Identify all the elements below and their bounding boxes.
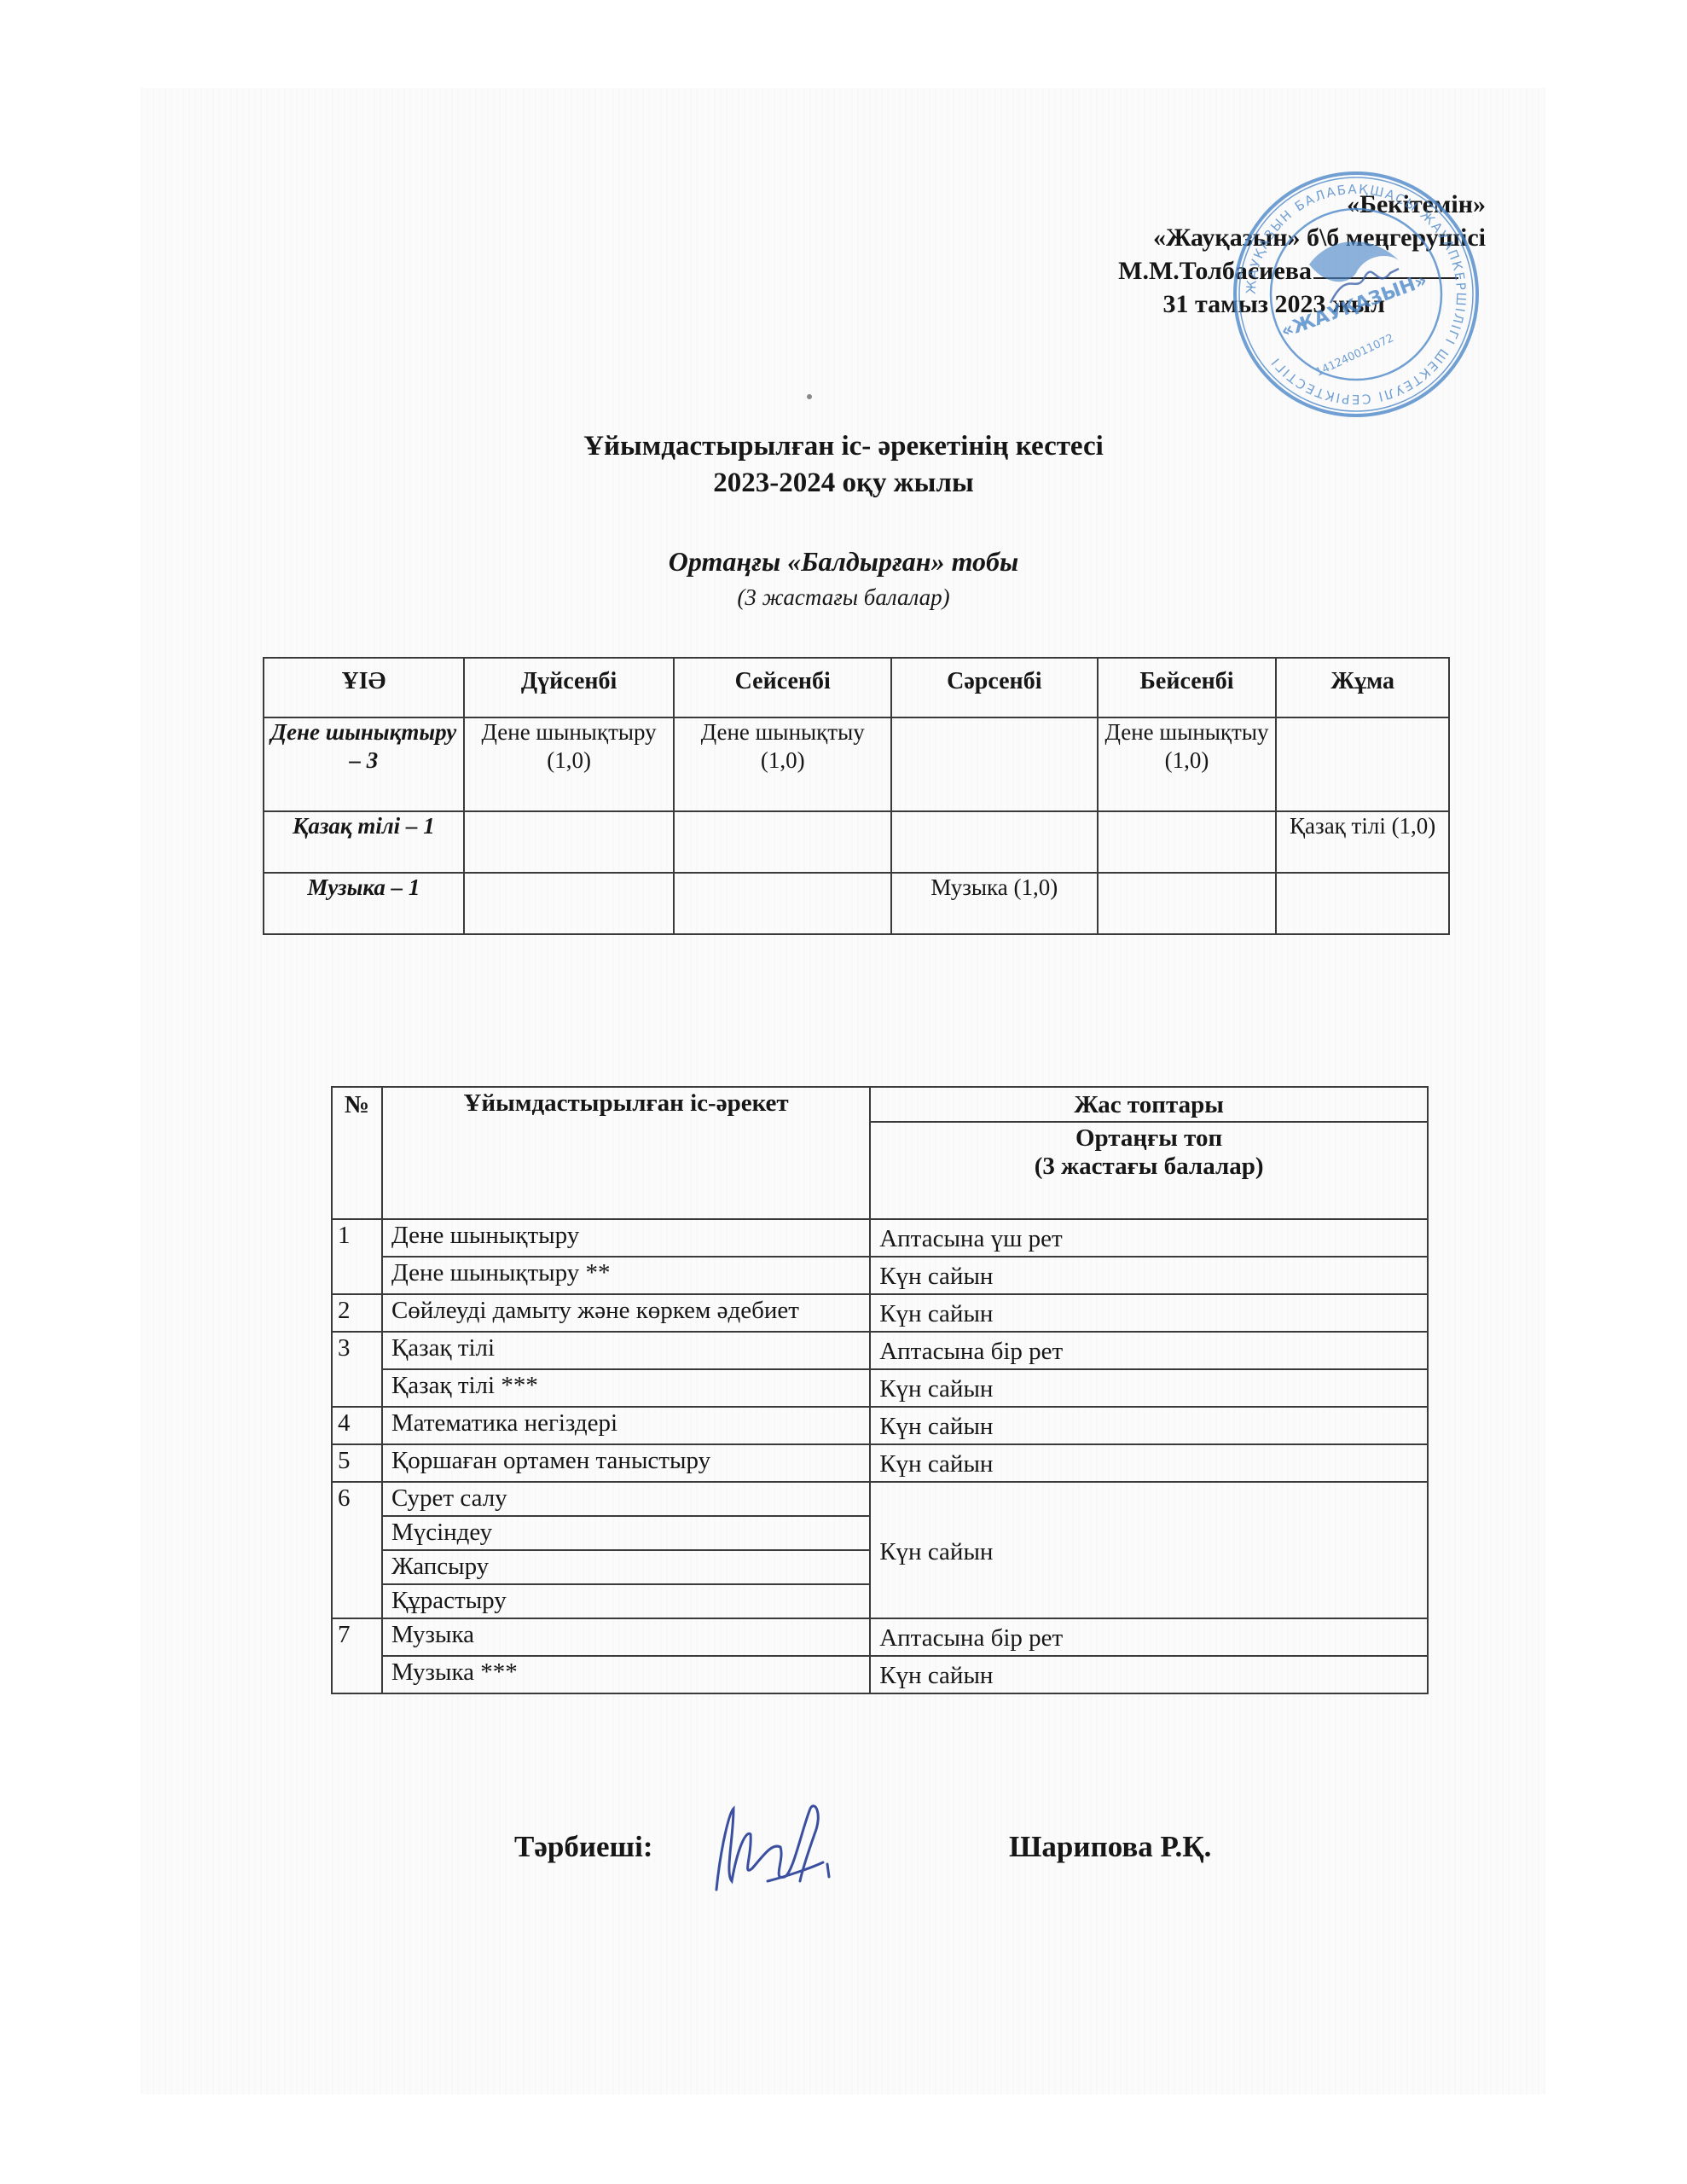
cell-thursday: Дене шынықтыу (1,0) (1098, 717, 1277, 811)
cell-monday: Дене шынықтыру (1,0) (464, 717, 675, 811)
approval-heading: «Бекітемін» (1118, 188, 1486, 221)
activity-frequency: Күн сайын (870, 1294, 1428, 1332)
table-row: Дене шынықтыру – 3 Дене шынықтыру (1,0) … (264, 717, 1449, 811)
table-row: 3Қазақ тіліАптасына бір рет (332, 1332, 1428, 1369)
cell-thursday (1098, 811, 1277, 873)
activity-frequency: Күн сайын (870, 1407, 1428, 1444)
cell-tuesday (674, 811, 891, 873)
header-group-age: (3 жастағы балалар) (879, 1153, 1418, 1181)
approval-name-line: М.М.Толбасиева (1118, 254, 1458, 288)
header-age-groups: Жас топтары (870, 1087, 1428, 1122)
cell-wednesday (891, 811, 1098, 873)
activity-name: Қазақ тілі (382, 1332, 870, 1369)
activity-name: Мүсіндеу (382, 1516, 870, 1550)
approval-name: М.М.Толбасиева (1118, 257, 1312, 285)
weekly-schedule-table: ҰІӘ Дүйсенбі Сейсенбі Сәрсенбі Бейсенбі … (263, 657, 1450, 935)
header-friday: Жұма (1276, 658, 1449, 717)
table-row: 2Сөйлеуді дамыту және көркем әдебиетКүн … (332, 1294, 1428, 1332)
weekly-header-row: ҰІӘ Дүйсенбі Сейсенбі Сәрсенбі Бейсенбі … (264, 658, 1449, 717)
row-number: 1 (332, 1219, 382, 1294)
activity-name: Сөйлеуді дамыту және көркем әдебиет (382, 1294, 870, 1332)
document-title: Ұйымдастырылған іс- әрекетінің кестесі (0, 431, 1687, 462)
teacher-signature-icon (699, 1796, 870, 1898)
activity-name: Математика негіздері (382, 1407, 870, 1444)
approval-block: «Бекітемін» «Жауқазын» б\б меңгерушісі М… (1118, 188, 1486, 321)
header-thursday: Бейсенбі (1098, 658, 1277, 717)
table-row: Музыка – 1 Музыка (1,0) (264, 873, 1449, 934)
cell-monday (464, 873, 675, 934)
scan-speck (807, 394, 812, 399)
table-row: 7МузыкаАптасына бір рет (332, 1618, 1428, 1656)
header-monday: Дүйсенбі (464, 658, 675, 717)
activity-name: Дене шынықтыру ** (382, 1257, 870, 1294)
row-label: Музыка – 1 (264, 873, 464, 934)
academic-year: 2023-2024 оқу жылы (0, 468, 1687, 499)
teacher-label: Тәрбиеші: (514, 1830, 652, 1864)
activity-name: Жапсыру (382, 1550, 870, 1584)
row-number: 3 (332, 1332, 382, 1407)
table-row: Қазақ тілі ***Күн сайын (332, 1369, 1428, 1407)
cell-thursday (1098, 873, 1277, 934)
row-number: 5 (332, 1444, 382, 1482)
cell-tuesday (674, 873, 891, 934)
approval-date: 31 тамыз 2023 жыл (1118, 288, 1385, 321)
activity-name: Музыка *** (382, 1656, 870, 1693)
activity-name: Сурет салу (382, 1482, 870, 1516)
cell-wednesday (891, 717, 1098, 811)
header-group-name: Ортаңғы топ (879, 1124, 1418, 1153)
activity-frequency: Күн сайын (870, 1482, 1428, 1618)
activity-name: Дене шынықтыру (382, 1219, 870, 1257)
row-number: 4 (332, 1407, 382, 1444)
activity-name: Қазақ тілі *** (382, 1369, 870, 1407)
activity-frequency: Күн сайын (870, 1369, 1428, 1407)
table-row: 4Математика негіздеріКүн сайын (332, 1407, 1428, 1444)
signature-line (1313, 255, 1458, 279)
group-name: Ортаңғы «Балдырған» тобы (0, 546, 1687, 578)
approval-position: «Жауқазын» б\б меңгерушісі (1118, 221, 1486, 254)
cell-wednesday: Музыка (1,0) (891, 873, 1098, 934)
header-wednesday: Сәрсенбі (891, 658, 1098, 717)
plan-header-row: № Ұйымдастырылған іс-әрекет Жас топтары (332, 1087, 1428, 1122)
header-activity: ҰІӘ (264, 658, 464, 717)
cell-monday (464, 811, 675, 873)
cell-friday (1276, 717, 1449, 811)
table-row: 5Қоршаған ортамен таныстыруКүн сайын (332, 1444, 1428, 1482)
row-label: Дене шынықтыру – 3 (264, 717, 464, 811)
activity-frequency: Аптасына бір рет (870, 1618, 1428, 1656)
row-number: 6 (332, 1482, 382, 1618)
row-label: Қазақ тілі – 1 (264, 811, 464, 873)
cell-friday: Қазақ тілі (1,0) (1276, 811, 1449, 873)
activity-frequency-table: № Ұйымдастырылған іс-әрекет Жас топтары … (331, 1086, 1429, 1694)
table-row: 1Дене шынықтыруАптасына үш рет (332, 1219, 1428, 1257)
header-tuesday: Сейсенбі (674, 658, 891, 717)
activity-frequency: Күн сайын (870, 1656, 1428, 1693)
group-age: (3 жастағы балалар) (0, 584, 1687, 611)
table-row: Қазақ тілі – 1 Қазақ тілі (1,0) (264, 811, 1449, 873)
activity-name: Құрастыру (382, 1584, 870, 1618)
row-number: 2 (332, 1294, 382, 1332)
header-activity: Ұйымдастырылған іс-әрекет (382, 1087, 870, 1219)
row-number: 7 (332, 1618, 382, 1693)
activity-name: Қоршаған ортамен таныстыру (382, 1444, 870, 1482)
activity-frequency: Аптасына үш рет (870, 1219, 1428, 1257)
cell-tuesday: Дене шынықтыу (1,0) (674, 717, 891, 811)
activity-frequency: Күн сайын (870, 1257, 1428, 1294)
teacher-name: Шарипова Р.Қ. (1009, 1830, 1211, 1864)
header-group: Ортаңғы топ (3 жастағы балалар) (870, 1122, 1428, 1219)
activity-frequency: Аптасына бір рет (870, 1332, 1428, 1369)
table-row: Дене шынықтыру **Күн сайын (332, 1257, 1428, 1294)
table-row: 6Сурет салуКүн сайын (332, 1482, 1428, 1516)
cell-friday (1276, 873, 1449, 934)
activity-frequency: Күн сайын (870, 1444, 1428, 1482)
table-row: Музыка ***Күн сайын (332, 1656, 1428, 1693)
activity-name: Музыка (382, 1618, 870, 1656)
header-number: № (332, 1087, 382, 1219)
